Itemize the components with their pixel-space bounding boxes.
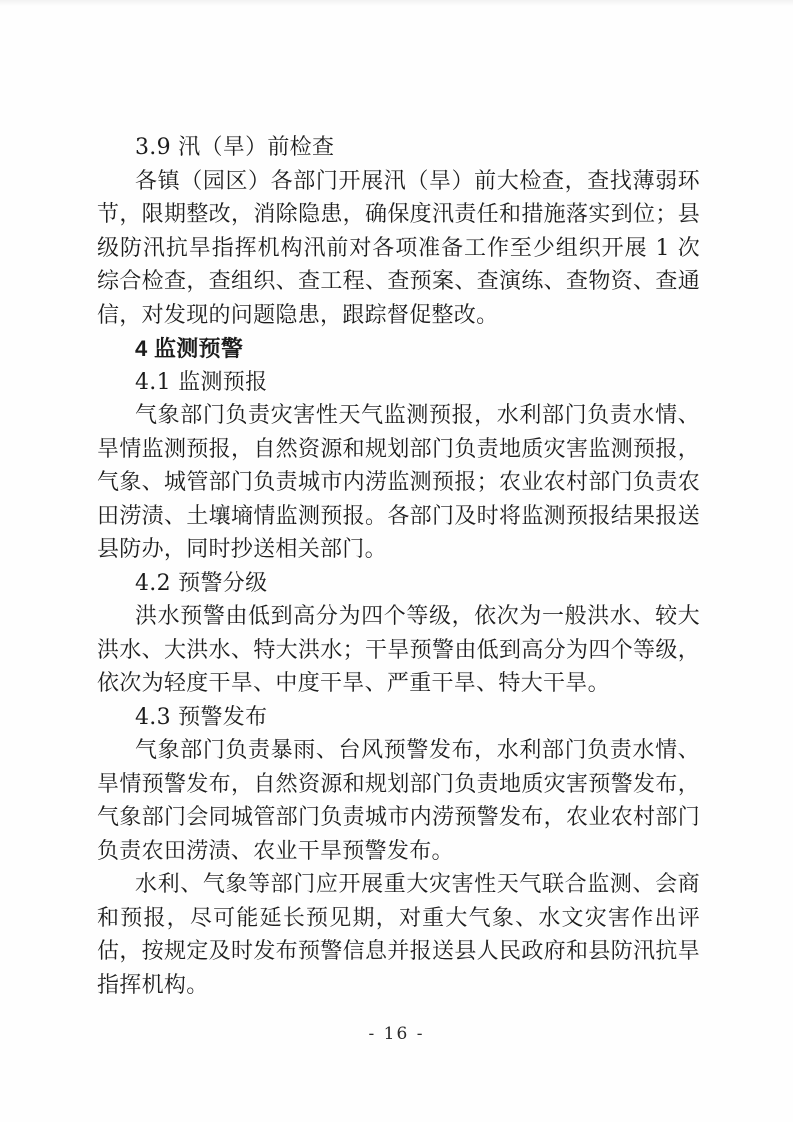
document-page: 3.9 汛（旱）前检查各镇（园区）各部门开展汛（旱）前大检查，查找薄弱环节，限期… (0, 0, 793, 1122)
document-body: 3.9 汛（旱）前检查各镇（园区）各部门开展汛（旱）前大检查，查找薄弱环节，限期… (97, 131, 700, 1002)
section-subheading: 4.1 监测预报 (97, 366, 700, 400)
paragraph: 水利、气象等部门应开展重大灾害性天气联合监测、会商和预报，尽可能延长预见期，对重… (97, 868, 700, 1002)
section-subheading: 3.9 汛（旱）前检查 (97, 131, 700, 165)
section-subheading: 4.3 预警发布 (97, 701, 700, 735)
section-subheading: 4.2 预警分级 (97, 567, 700, 601)
section-heading: 4 监测预警 (97, 332, 700, 366)
paragraph: 气象部门负责暴雨、台风预警发布，水利部门负责水情、旱情预警发布，自然资源和规划部… (97, 734, 700, 868)
paragraph: 洪水预警由低到高分为四个等级，依次为一般洪水、较大洪水、大洪水、特大洪水；干旱预… (97, 600, 700, 701)
page-number: - 16 - (0, 1024, 793, 1044)
paragraph: 气象部门负责灾害性天气监测预报，水利部门负责水情、旱情监测预报，自然资源和规划部… (97, 399, 700, 567)
paragraph: 各镇（园区）各部门开展汛（旱）前大检查，查找薄弱环节，限期整改，消除隐患，确保度… (97, 165, 700, 333)
